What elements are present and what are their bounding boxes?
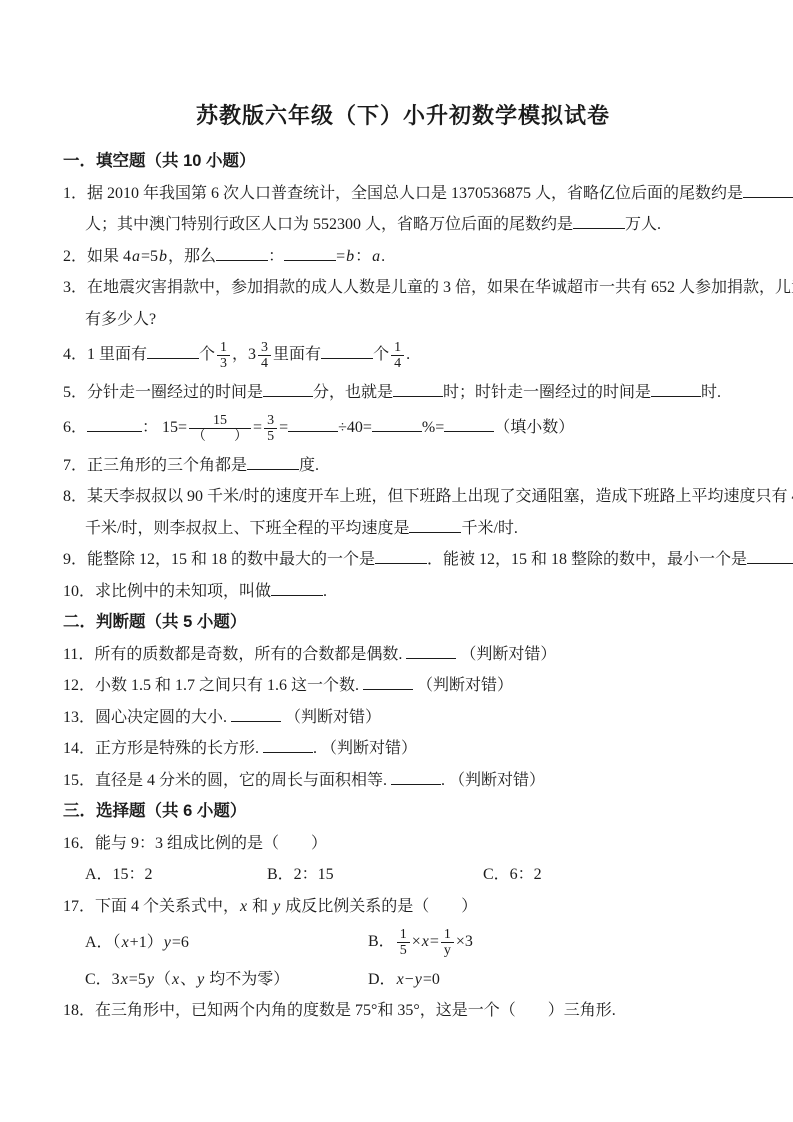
question-3-line-1: 3．在地震灾害捐款中，参加捐款的成人人数是儿童的 3 倍，如果在华诚超市一共有 … — [63, 277, 743, 298]
text-run: . — [381, 248, 385, 265]
text-run: =5 — [129, 971, 146, 988]
answer-blank — [375, 549, 427, 564]
text-run: 5．分针走一圈经过的时间是 — [63, 384, 263, 401]
text-run: − — [405, 971, 414, 988]
text-run: （判断对错） — [281, 709, 381, 726]
math-variable: a — [131, 248, 141, 265]
page-title: 苏教版六年级（下）小升初数学模拟试卷 — [63, 100, 743, 132]
fraction: 14 — [391, 340, 404, 371]
answer-blank — [393, 382, 443, 397]
question-1-line-2: 人；其中澳门特别行政区人口为 552300 人，省略万位后面的尾数约是万人. — [63, 214, 743, 235]
answer-blank — [263, 382, 313, 397]
exam-page: 苏教版六年级（下）小升初数学模拟试卷一．填空题（共 10 小题）1．据 2010… — [0, 0, 793, 1122]
text-run: 11．所有的质数都是奇数，所有的合数都是偶数. — [63, 646, 406, 663]
answer-blank — [284, 246, 336, 261]
math-variable: x — [120, 971, 129, 988]
question-17-options-ab: A．（x+1）y=6B．15×x=1y×3 — [63, 927, 743, 958]
answer-blank — [147, 344, 199, 359]
text-run: 成反比例关系的是（ ） — [281, 898, 477, 915]
text-run: （判断对错） — [456, 646, 556, 663]
text-run: ．能被 12，15 和 18 整除的数中，最小一个是 — [427, 551, 747, 568]
question-5: 5．分针走一圈经过的时间是分，也就是时；时针走一圈经过的时间是时. — [63, 382, 743, 403]
fraction: 15（ ） — [189, 413, 251, 444]
section-1-heading: 一．填空题（共 10 小题） — [63, 151, 743, 172]
text-run: 时；时针走一圈经过的时间是 — [443, 384, 651, 401]
question-13: 13．圆心决定圆的大小. （判断对错） — [63, 707, 743, 728]
answer-blank — [406, 644, 456, 659]
fraction-numerator: 1 — [441, 927, 454, 943]
text-run: 个 — [199, 346, 215, 363]
section-3-heading: 三．选择题（共 6 小题） — [63, 801, 743, 822]
text-run: 时. — [701, 384, 721, 401]
answer-blank — [409, 518, 461, 533]
answer-blank — [391, 770, 441, 785]
math-variable: x — [121, 934, 130, 951]
text-run: ×3 — [456, 933, 473, 950]
math-variable: y — [146, 971, 155, 988]
answer-blank — [247, 455, 299, 470]
text-run: ： 15= — [142, 419, 187, 436]
answer-blank — [743, 183, 793, 198]
text-run: 均不为零） — [205, 971, 289, 988]
text-run: = — [279, 419, 288, 436]
math-variable: b — [345, 248, 355, 265]
text-run: +1） — [130, 934, 163, 951]
text-run: B．2：15 — [267, 866, 334, 883]
text-run: 千米/时，则李叔叔上、下班全程的平均速度是 — [85, 520, 409, 537]
text-run: 12．小数 1.5 和 1.7 之间只有 1.6 这一个数. — [63, 677, 363, 694]
text-run: 分，也就是 — [313, 384, 393, 401]
text-run: 18．在三角形中，已知两个内角的度数是 75°和 35°，这是一个（ ）三角形. — [63, 1002, 616, 1019]
text-run: 人；其中澳门特别行政区人口为 552300 人，省略万位后面的尾数约是 — [85, 216, 573, 233]
question-11: 11．所有的质数都是奇数，所有的合数都是偶数. （判断对错） — [63, 644, 743, 665]
text-run: 15．直径是 4 分米的圆，它的周长与面积相等. — [63, 772, 391, 789]
text-run: =0 — [423, 971, 440, 988]
text-run: 9．能整除 12，15 和 18 的数中最大的一个是 — [63, 551, 375, 568]
text-run: 4．1 里面有 — [63, 346, 147, 363]
math-variable: x — [239, 898, 248, 915]
question-15: 15．直径是 4 分米的圆，它的周长与面积相等. . （判断对错） — [63, 770, 743, 791]
math-variable: a — [371, 248, 381, 265]
fraction-numerator: 1 — [397, 927, 410, 943]
fraction-denominator: （ ） — [189, 429, 251, 444]
answer-blank — [231, 707, 281, 722]
text-run: 千米/时. — [461, 520, 517, 537]
math-variable: b — [158, 248, 168, 265]
text-run: （填小数） — [494, 419, 574, 436]
text-run: 14．正方形是特殊的长方形. — [63, 740, 263, 757]
text-run: 个 — [373, 346, 389, 363]
fraction-numerator: 3 — [258, 340, 271, 356]
answer-blank — [372, 417, 422, 432]
fraction-denominator: 4 — [258, 356, 271, 371]
question-12: 12．小数 1.5 和 1.7 之间只有 1.6 这一个数. （判断对错） — [63, 675, 743, 696]
text-run: D． — [368, 971, 396, 988]
fraction-denominator: 5 — [397, 943, 410, 958]
text-run: =6 — [172, 934, 189, 951]
fraction-denominator: 5 — [264, 429, 277, 444]
fraction-numerator: 1 — [391, 340, 404, 356]
answer-blank — [651, 382, 701, 397]
question-17-options-cd: C．3x=5y（x、y 均不为零）D．x−y=0 — [63, 969, 743, 990]
text-run: 万人. — [625, 216, 661, 233]
question-2: 2．如果 4a=5b，那么：=b：a. — [63, 246, 743, 267]
question-18: 18．在三角形中，已知两个内角的度数是 75°和 35°，这是一个（ ）三角形. — [63, 1000, 743, 1021]
text-run: ÷40= — [338, 419, 372, 436]
question-16: 16．能与 9：3 组成比例的是（ ） — [63, 833, 743, 854]
text-run: C．6：2 — [483, 866, 542, 883]
option-column: B．15×x=1y×3 — [368, 927, 473, 958]
fraction-denominator: 3 — [217, 356, 230, 371]
answer-blank — [263, 738, 313, 753]
answer-blank — [87, 417, 142, 432]
text-run: . — [406, 346, 410, 363]
answer-blank — [363, 675, 413, 690]
text-run: B． — [368, 933, 395, 950]
math-variable: y — [163, 934, 172, 951]
fraction: 1y — [441, 927, 454, 958]
answer-blank — [573, 214, 625, 229]
question-17: 17．下面 4 个关系式中，x 和 y 成反比例关系的是（ ） — [63, 896, 743, 917]
question-9: 9．能整除 12，15 和 18 的数中最大的一个是．能被 12，15 和 18… — [63, 549, 743, 570]
text-run: 8．某天李叔叔以 90 千米/时的速度开车上班，但下班路上出现了交通阻塞，造成下… — [63, 488, 793, 505]
question-6: 6．： 15=15（ ）=35=÷40=%=（填小数） — [63, 413, 743, 444]
answer-blank — [288, 417, 338, 432]
option-column: A．（x+1）y=6 — [85, 932, 368, 953]
text-run: 有多少人? — [85, 311, 156, 328]
question-4: 4．1 里面有个13，334里面有个14. — [63, 340, 743, 371]
document-body: 苏教版六年级（下）小升初数学模拟试卷一．填空题（共 10 小题）1．据 2010… — [63, 100, 743, 1021]
text-run: 13．圆心决定圆的大小. — [63, 709, 231, 726]
text-run: A．15：2 — [85, 866, 153, 883]
text-run: . （判断对错） — [441, 772, 545, 789]
option-column: A．15：2 — [85, 864, 267, 885]
option-column: B．2：15 — [267, 864, 483, 885]
fraction: 15 — [397, 927, 410, 958]
math-variable: y — [196, 971, 205, 988]
math-variable: y — [272, 898, 281, 915]
question-3-line-2: 有多少人? — [63, 309, 743, 330]
option-column: C．3x=5y（x、y 均不为零） — [85, 969, 368, 990]
text-run: 17．下面 4 个关系式中， — [63, 898, 239, 915]
question-10: 10．求比例中的未知项，叫做. — [63, 581, 743, 602]
text-run: （ — [155, 971, 171, 988]
fraction: 13 — [217, 340, 230, 371]
text-run: 苏教版六年级（下）小升初数学模拟试卷 — [196, 103, 610, 128]
math-variable: x — [396, 971, 405, 988]
text-run: 3．在地震灾害捐款中，参加捐款的成人人数是儿童的 3 倍，如果在华诚超市一共有 … — [63, 279, 793, 296]
answer-blank — [444, 417, 494, 432]
text-run: ，3 — [232, 346, 256, 363]
question-8-line-2: 千米/时，则李叔叔上、下班全程的平均速度是千米/时. — [63, 518, 743, 539]
text-run: × — [412, 933, 421, 950]
fraction-denominator: 4 — [391, 356, 404, 371]
answer-blank — [321, 344, 373, 359]
text-run: 6． — [63, 419, 87, 436]
text-run: C．3 — [85, 971, 120, 988]
section-2-heading: 二．判断题（共 5 小题） — [63, 612, 743, 633]
question-8-line-1: 8．某天李叔叔以 90 千米/时的速度开车上班，但下班路上出现了交通阻塞，造成下… — [63, 486, 743, 507]
fraction: 34 — [258, 340, 271, 371]
question-7: 7．正三角形的三个角都是度. — [63, 455, 743, 476]
text-run: 2．如果 4 — [63, 248, 131, 265]
option-column: D．x−y=0 — [368, 969, 440, 990]
text-run: A．（ — [85, 934, 121, 951]
answer-blank — [747, 549, 793, 564]
fraction-numerator: 15 — [189, 413, 251, 429]
question-14: 14．正方形是特殊的长方形. . （判断对错） — [63, 738, 743, 759]
text-run: 1．据 2010 年我国第 6 次人口普查统计，全国总人口是 137053687… — [63, 185, 743, 202]
text-run: 、 — [180, 971, 196, 988]
text-run: 一．填空题（共 10 小题） — [63, 152, 256, 170]
text-run: 里面有 — [273, 346, 321, 363]
text-run: =5 — [141, 248, 158, 265]
text-run: = — [430, 933, 439, 950]
answer-blank — [271, 581, 323, 596]
text-run: 16．能与 9：3 组成比例的是（ ） — [63, 835, 327, 852]
text-run: ： — [268, 248, 284, 265]
question-16-options: A．15：2B．2：15C．6：2 — [63, 864, 743, 885]
text-run: 度. — [299, 457, 319, 474]
fraction-denominator: y — [441, 943, 454, 958]
fraction: 35 — [264, 413, 277, 444]
math-variable: x — [171, 971, 180, 988]
text-run: 三．选择题（共 6 小题） — [63, 802, 246, 820]
option-column: C．6：2 — [483, 864, 542, 885]
text-run: = — [336, 248, 345, 265]
text-run: = — [253, 419, 262, 436]
text-run: . （判断对错） — [313, 740, 417, 757]
math-variable: x — [421, 933, 430, 950]
text-run: . — [323, 583, 327, 600]
text-run: 二．判断题（共 5 小题） — [63, 613, 246, 631]
text-run: 10．求比例中的未知项，叫做 — [63, 583, 271, 600]
text-run: ： — [355, 248, 371, 265]
math-variable: y — [414, 971, 423, 988]
text-run: 和 — [248, 898, 272, 915]
text-run: %= — [422, 419, 444, 436]
text-run: （判断对错） — [413, 677, 513, 694]
question-1-line-1: 1．据 2010 年我国第 6 次人口普查统计，全国总人口是 137053687… — [63, 183, 743, 204]
answer-blank — [216, 246, 268, 261]
fraction-numerator: 1 — [217, 340, 230, 356]
text-run: ，那么 — [168, 248, 216, 265]
text-run: 7．正三角形的三个角都是 — [63, 457, 247, 474]
fraction-numerator: 3 — [264, 413, 277, 429]
